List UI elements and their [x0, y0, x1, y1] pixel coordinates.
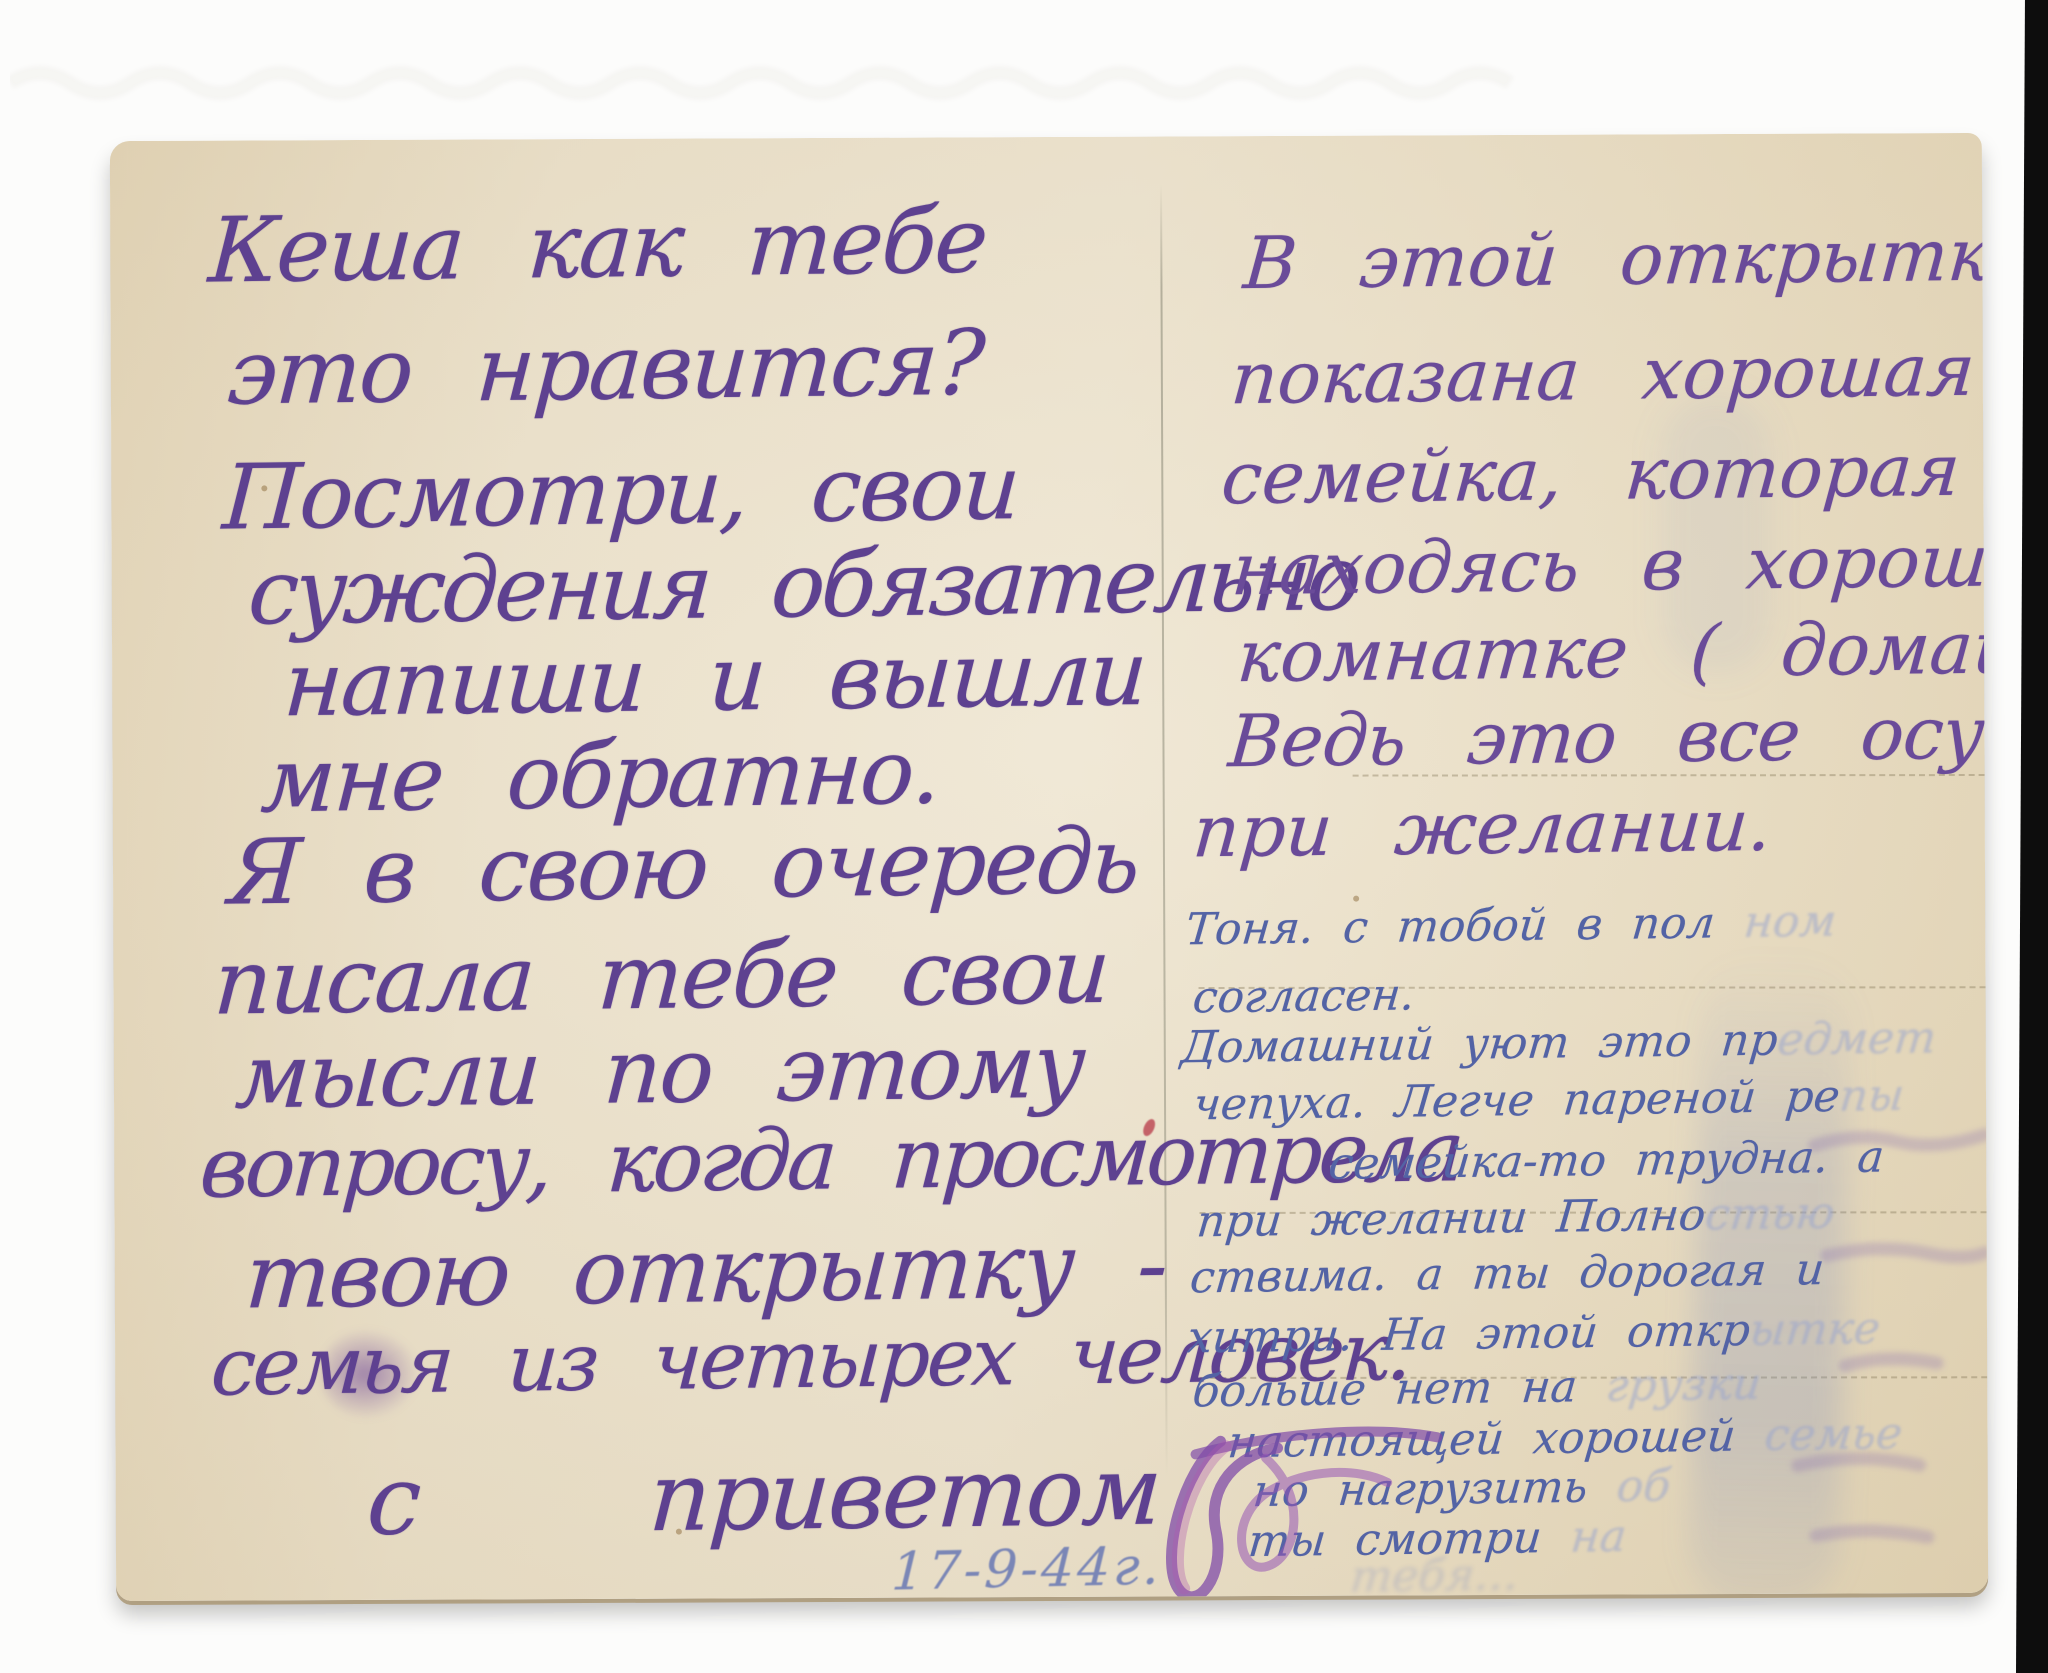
handwritten-line: это нравится? — [225, 311, 986, 426]
handwritten-line: Домашний уют это предмет — [1179, 1013, 1938, 1074]
handwritten-line: Я в свою очередь — [226, 809, 1141, 926]
handwritten-line: ствима. а ты дорогая и — [1188, 1244, 1827, 1303]
line-text: при желании Полно — [1195, 1190, 1708, 1248]
line-text-faded: семье — [1763, 1408, 1905, 1461]
line-text-faded: ном — [1742, 896, 1839, 948]
line-text-faded: на — [1569, 1511, 1629, 1563]
line-text: Тоня. с тобой в пол — [1183, 897, 1717, 955]
line-text: согласен. — [1191, 969, 1417, 1023]
line-text: семейка-то трудна. а — [1326, 1132, 1886, 1190]
scanned-page: Кеша как тебе это нравится? Посмотри, св… — [0, 0, 2048, 1673]
line-text: настоящей хорошей — [1226, 1411, 1738, 1469]
line-text: но нагрузить — [1251, 1462, 1590, 1517]
handwritten-line: Ведь это все осущес — [1226, 689, 1988, 783]
handwritten-line: семейка, которая — [1219, 428, 1963, 520]
line-text: больше нет на — [1190, 1361, 1579, 1417]
handwritten-line: при желании. — [1190, 783, 1774, 874]
line-text: ствима. а ты дорогая и — [1188, 1244, 1827, 1303]
handwritten-line: больше нет на грузки — [1190, 1359, 1763, 1417]
line-text-faded: пы — [1837, 1070, 1906, 1122]
date-line: 17-9-44г. — [890, 1537, 1164, 1601]
handwritten-line: при желании Полностью — [1195, 1188, 1837, 1247]
ghost-ink-band — [10, 38, 1610, 118]
line-text-faded: об — [1615, 1461, 1673, 1513]
handwritten-line: настоящей хорошей семье — [1226, 1408, 1905, 1468]
handwritten-line: показана хорошая — [1228, 328, 1978, 420]
handwritten-line: Тоня. с тобой в пол ном — [1183, 896, 1838, 956]
line-text-faded: ытке — [1748, 1303, 1883, 1356]
line-text-faded: грузки — [1604, 1359, 1763, 1412]
line-text-faded: едмет — [1775, 1013, 1938, 1066]
postcard: Кеша как тебе это нравится? Посмотри, св… — [110, 133, 1988, 1601]
handwritten-line: согласен. — [1191, 969, 1417, 1023]
handwritten-line: напиши и вышли — [281, 621, 1148, 737]
line-text-faded: стью — [1703, 1188, 1837, 1241]
ghost-handwriting: тебя… — [1348, 1549, 1521, 1601]
line-text: Домашний уют это пр — [1179, 1015, 1780, 1074]
line-text: чепуха. Легче пареной ре — [1191, 1071, 1842, 1130]
handwritten-line: В этой открытке — [1241, 212, 1988, 305]
scanner-edge-black-bar — [2016, 0, 2048, 1673]
handwritten-line: комнатке ( домашний — [1235, 603, 1989, 698]
handwritten-line: находясь в хорош — [1229, 519, 1988, 612]
handwritten-line: семейка-то трудна. а — [1326, 1132, 1886, 1190]
handwritten-line: но нагрузить об — [1251, 1461, 1673, 1517]
handwritten-line: хитри. На этой открытке — [1185, 1303, 1882, 1363]
handwritten-line: Кеша как тебе — [206, 188, 989, 303]
line-text: хитри. На этой откр — [1185, 1305, 1752, 1363]
handwritten-line: чепуха. Легче пареной репы — [1191, 1070, 1906, 1130]
